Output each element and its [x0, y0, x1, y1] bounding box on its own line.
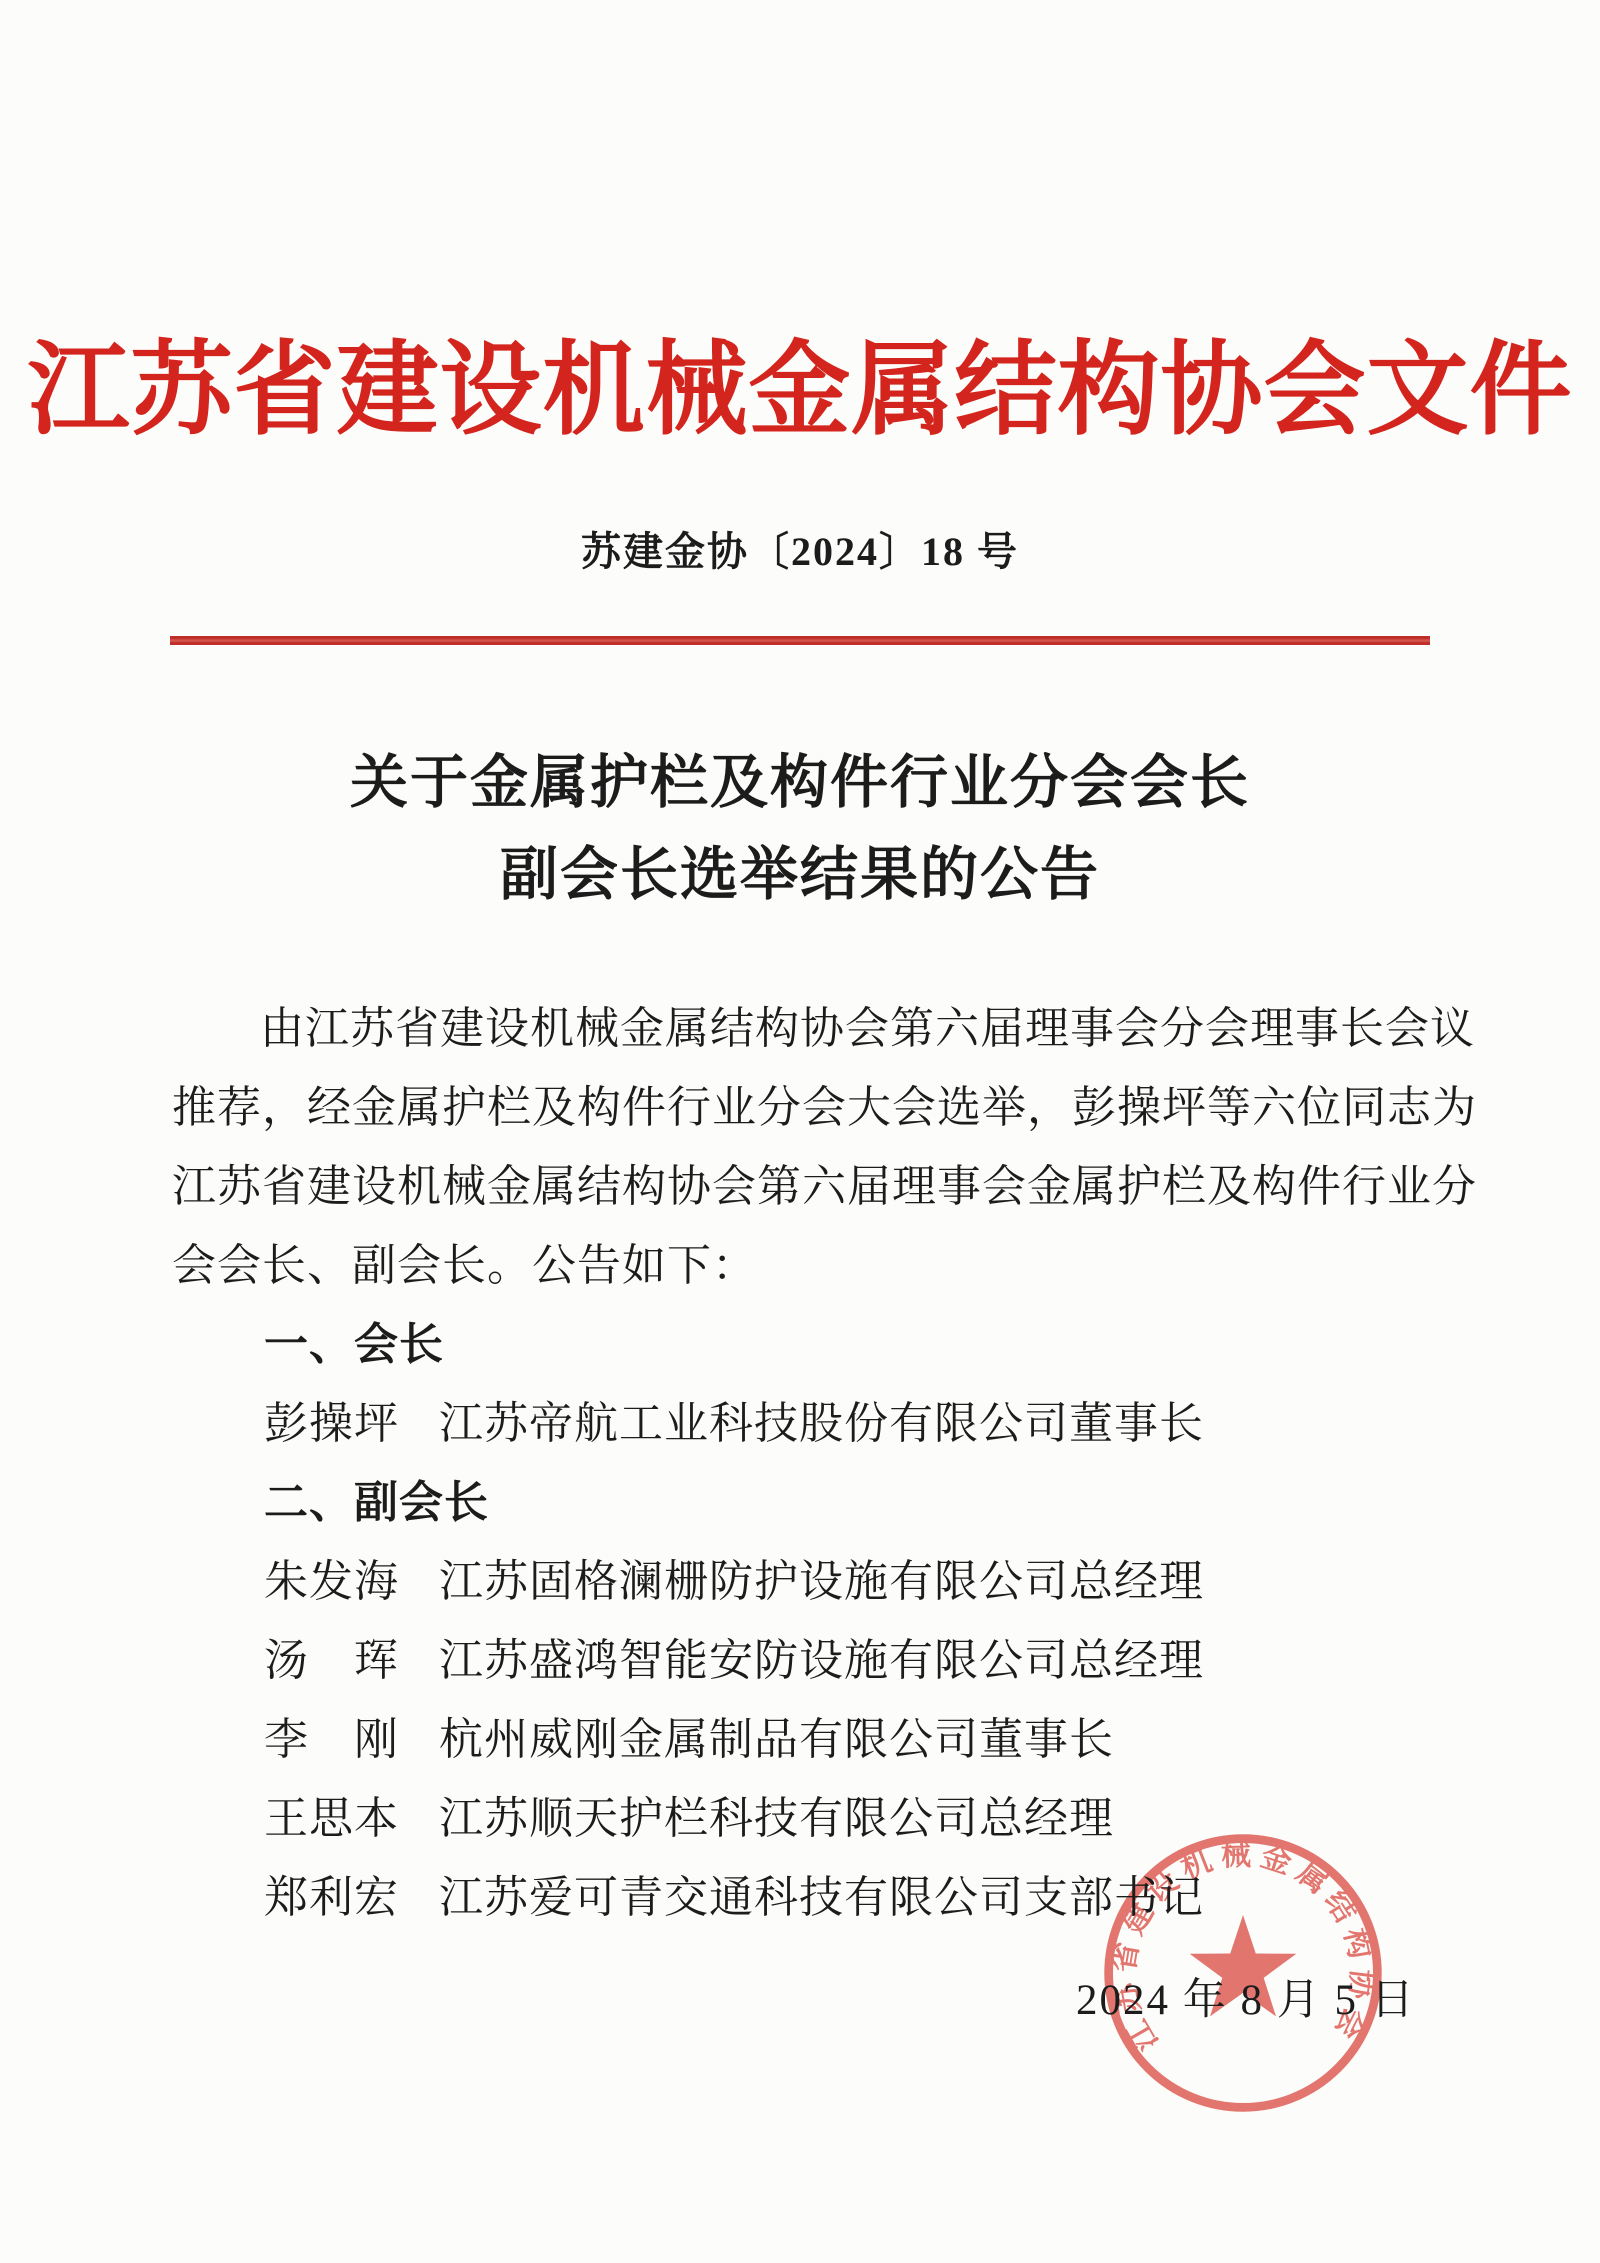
- document-body: 由江苏省建设机械金属结构协会第六届理事会分会理事长会议 推荐，经金属护栏及构件行…: [0, 989, 1600, 1937]
- issue-date: 2024 年 8 月 5 日: [1076, 1966, 1416, 2027]
- body-line: 推荐，经金属护栏及构件行业分会大会选举，彭操坪等六位同志为: [172, 1068, 1452, 1147]
- member-row: 李 刚 杭州威刚金属制品有限公司董事长: [172, 1700, 1452, 1779]
- member-row: 郑利宏 江苏爱可青交通科技有限公司支部书记: [172, 1858, 1452, 1937]
- masthead-title: 江苏省建设机械金属结构协会文件: [0, 0, 1600, 448]
- member-title: 江苏顺天护栏科技有限公司总经理: [439, 1779, 1114, 1858]
- member-name: 彭操坪: [264, 1384, 399, 1463]
- member-row: 汤 珲 江苏盛鸿智能安防设施有限公司总经理: [172, 1621, 1452, 1700]
- member-row: 王思本 江苏顺天护栏科技有限公司总经理: [172, 1779, 1452, 1858]
- document-number: 苏建金协〔2024〕18 号: [0, 528, 1600, 576]
- member-name: 王思本: [264, 1779, 399, 1858]
- member-title: 杭州威刚金属制品有限公司董事长: [439, 1700, 1114, 1779]
- section-heading-president: 一、会长: [172, 1305, 1452, 1384]
- member-name: 汤 珲: [264, 1621, 399, 1700]
- section-heading-vice-presidents: 二、副会长: [172, 1463, 1452, 1542]
- main-title-line-2: 副会长选举结果的公告: [0, 829, 1600, 921]
- member-title: 江苏爱可青交通科技有限公司支部书记: [439, 1858, 1204, 1937]
- member-title: 江苏盛鸿智能安防设施有限公司总经理: [439, 1621, 1204, 1700]
- document-page: 江苏省建设机械金属结构协会文件 苏建金协〔2024〕18 号 关于金属护栏及构件…: [0, 0, 1600, 2263]
- red-divider-line: [170, 636, 1430, 645]
- member-row: 彭操坪 江苏帝航工业科技股份有限公司董事长: [172, 1384, 1452, 1463]
- body-line: 会会长、副会长。公告如下：: [172, 1226, 1452, 1305]
- member-row: 朱发海 江苏固格澜栅防护设施有限公司总经理: [172, 1542, 1452, 1621]
- main-title-line-1: 关于金属护栏及构件行业分会会长: [0, 737, 1600, 829]
- member-title: 江苏固格澜栅防护设施有限公司总经理: [439, 1542, 1204, 1621]
- body-line: 由江苏省建设机械金属结构协会第六届理事会分会理事长会议: [172, 989, 1452, 1068]
- member-name: 朱发海: [264, 1542, 399, 1621]
- member-title: 江苏帝航工业科技股份有限公司董事长: [439, 1384, 1204, 1463]
- member-name: 李 刚: [264, 1700, 399, 1779]
- member-name: 郑利宏: [264, 1858, 399, 1937]
- main-title: 关于金属护栏及构件行业分会会长 副会长选举结果的公告: [0, 737, 1600, 921]
- body-line: 江苏省建设机械金属结构协会第六届理事会金属护栏及构件行业分: [172, 1147, 1452, 1226]
